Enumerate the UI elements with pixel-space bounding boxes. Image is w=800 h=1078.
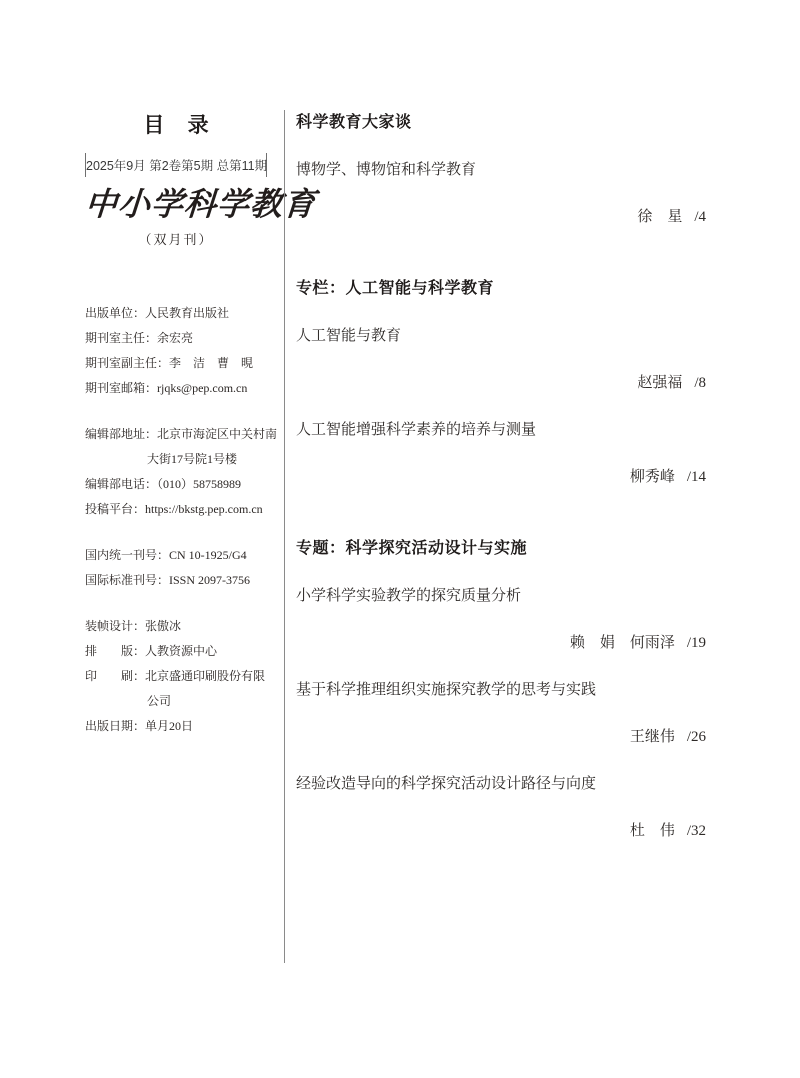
article-author-line: 杜 伟/32 — [296, 820, 706, 842]
article-authors: 徐 星 — [637, 209, 682, 225]
imprint-row: 编辑部电话：（010）58758989 — [85, 472, 267, 497]
article-page-number: /26 — [687, 729, 706, 745]
imprint-label: 编辑部地址： — [85, 427, 157, 441]
issue-info: 2025年9月 第2卷第5期 总第11期 — [85, 153, 267, 177]
article-authors: 杜 伟 — [630, 823, 675, 839]
imprint-label: 期刊室主任： — [85, 331, 157, 345]
imprint-label: 期刊室邮箱： — [85, 381, 157, 395]
imprint-value: rjqks@pep.com.cn — [157, 381, 247, 395]
article-title: 博物学、博物馆和科学教育 — [296, 159, 706, 181]
imprint-value: 人教资源中心 — [145, 644, 217, 658]
imprint-value-continued: 公司 — [85, 689, 267, 714]
imprint-group-staff: 出版单位：人民教育出版社 期刊室主任：余宏亮 期刊室副主任：李 洁 曹 晛 期刊… — [85, 301, 267, 401]
article-page-number: /32 — [687, 823, 706, 839]
imprint-block: 出版单位：人民教育出版社 期刊室主任：余宏亮 期刊室副主任：李 洁 曹 晛 期刊… — [85, 301, 267, 739]
section-heading: 科学教育大家谈 — [296, 112, 706, 134]
imprint-label: 期刊室副主任： — [85, 356, 169, 370]
article-authors: 王继伟 — [630, 729, 675, 745]
imprint-label: 出版日期： — [85, 719, 145, 733]
imprint-group-production: 装帧设计：张傲冰 排 版：人教资源中心 印 刷：北京盛通印刷股份有限 公司 出版… — [85, 614, 267, 739]
imprint-value: ISSN 2097-3756 — [169, 573, 250, 587]
toc-section: 科学教育大家谈 博物学、博物馆和科学教育 徐 星/4 — [296, 112, 706, 228]
imprint-group-contact: 编辑部地址：北京市海淀区中关村南 大街17号院1号楼 编辑部电话：（010）58… — [85, 422, 267, 522]
imprint-group-issn: 国内统一刊号：CN 10-1925/G4 国际标准刊号：ISSN 2097-37… — [85, 543, 267, 593]
imprint-row: 排 版：人教资源中心 — [85, 639, 267, 664]
article-authors: 柳秀峰 — [630, 469, 675, 485]
imprint-row: 装帧设计：张傲冰 — [85, 614, 267, 639]
section-heading: 专题：科学探究活动设计与实施 — [296, 538, 706, 560]
article-author-line: 赖 娟 何雨泽/19 — [296, 632, 706, 654]
imprint-label: 排 版： — [85, 644, 145, 658]
article-authors: 赵强福 — [637, 375, 682, 391]
imprint-row: 期刊室副主任：李 洁 曹 晛 — [85, 351, 267, 376]
article-authors: 赖 娟 何雨泽 — [570, 635, 675, 651]
journal-logo: 中小学科学教育 — [84, 184, 269, 224]
imprint-row: 国内统一刊号：CN 10-1925/G4 — [85, 543, 267, 568]
imprint-label: 印 刷： — [85, 669, 145, 683]
imprint-row: 国际标准刊号：ISSN 2097-3756 — [85, 568, 267, 593]
imprint-value: CN 10-1925/G4 — [169, 548, 247, 562]
imprint-value: 北京市海淀区中关村南 — [157, 427, 277, 441]
imprint-row: 出版日期：单月20日 — [85, 714, 267, 739]
imprint-value: 单月20日 — [145, 719, 193, 733]
masthead-column: 目 录 2025年9月 第2卷第5期 总第11期 中小学科学教育 （双月刊） 出… — [85, 112, 267, 739]
toc-section: 专栏：人工智能与科学教育 人工智能与教育 赵强福/8 人工智能增强科学素养的培养… — [296, 278, 706, 488]
imprint-label: 编辑部电话： — [85, 477, 157, 491]
imprint-value: https://bkstg.pep.com.cn — [145, 502, 263, 516]
imprint-value: 人民教育出版社 — [145, 306, 229, 320]
toc-page-title: 目 录 — [85, 112, 267, 138]
imprint-value: 余宏亮 — [157, 331, 193, 345]
toc-column: 科学教育大家谈 博物学、博物馆和科学教育 徐 星/4 专栏：人工智能与科学教育 … — [296, 112, 706, 867]
imprint-value: 张傲冰 — [145, 619, 181, 633]
frequency-label: （双月刊） — [85, 229, 267, 248]
article-title: 基于科学推理组织实施探究教学的思考与实践 — [296, 679, 706, 701]
imprint-row: 编辑部地址：北京市海淀区中关村南 — [85, 422, 267, 447]
imprint-label: 出版单位： — [85, 306, 145, 320]
article-page-number: /19 — [687, 635, 706, 651]
column-divider-rule — [284, 110, 285, 963]
article-page-number: /14 — [687, 469, 706, 485]
toc-section: 专题：科学探究活动设计与实施 小学科学实验教学的探究质量分析 赖 娟 何雨泽/1… — [296, 538, 706, 842]
article-title: 经验改造导向的科学探究活动设计路径与向度 — [296, 773, 706, 795]
article-title: 人工智能与教育 — [296, 325, 706, 347]
imprint-value: （010）58758989 — [157, 477, 241, 491]
article-page-number: /8 — [694, 375, 706, 391]
imprint-row: 投稿平台：https://bkstg.pep.com.cn — [85, 497, 267, 522]
imprint-value: 北京盛通印刷股份有限 — [145, 669, 265, 683]
imprint-label: 投稿平台： — [85, 502, 145, 516]
imprint-value: 李 洁 曹 晛 — [169, 356, 253, 370]
article-title: 小学科学实验教学的探究质量分析 — [296, 585, 706, 607]
article-page-number: /4 — [694, 209, 706, 225]
imprint-row: 期刊室主任：余宏亮 — [85, 326, 267, 351]
article-author-line: 柳秀峰/14 — [296, 466, 706, 488]
imprint-row: 期刊室邮箱：rjqks@pep.com.cn — [85, 376, 267, 401]
section-heading: 专栏：人工智能与科学教育 — [296, 278, 706, 300]
article-author-line: 赵强福/8 — [296, 372, 706, 394]
imprint-label: 国际标准刊号： — [85, 573, 169, 587]
article-title: 人工智能增强科学素养的培养与测量 — [296, 419, 706, 441]
imprint-row: 印 刷：北京盛通印刷股份有限 — [85, 664, 267, 689]
imprint-value-continued: 大街17号院1号楼 — [85, 447, 267, 472]
imprint-row: 出版单位：人民教育出版社 — [85, 301, 267, 326]
article-author-line: 徐 星/4 — [296, 206, 706, 228]
article-author-line: 王继伟/26 — [296, 726, 706, 748]
imprint-label: 国内统一刊号： — [85, 548, 169, 562]
imprint-label: 装帧设计： — [85, 619, 145, 633]
